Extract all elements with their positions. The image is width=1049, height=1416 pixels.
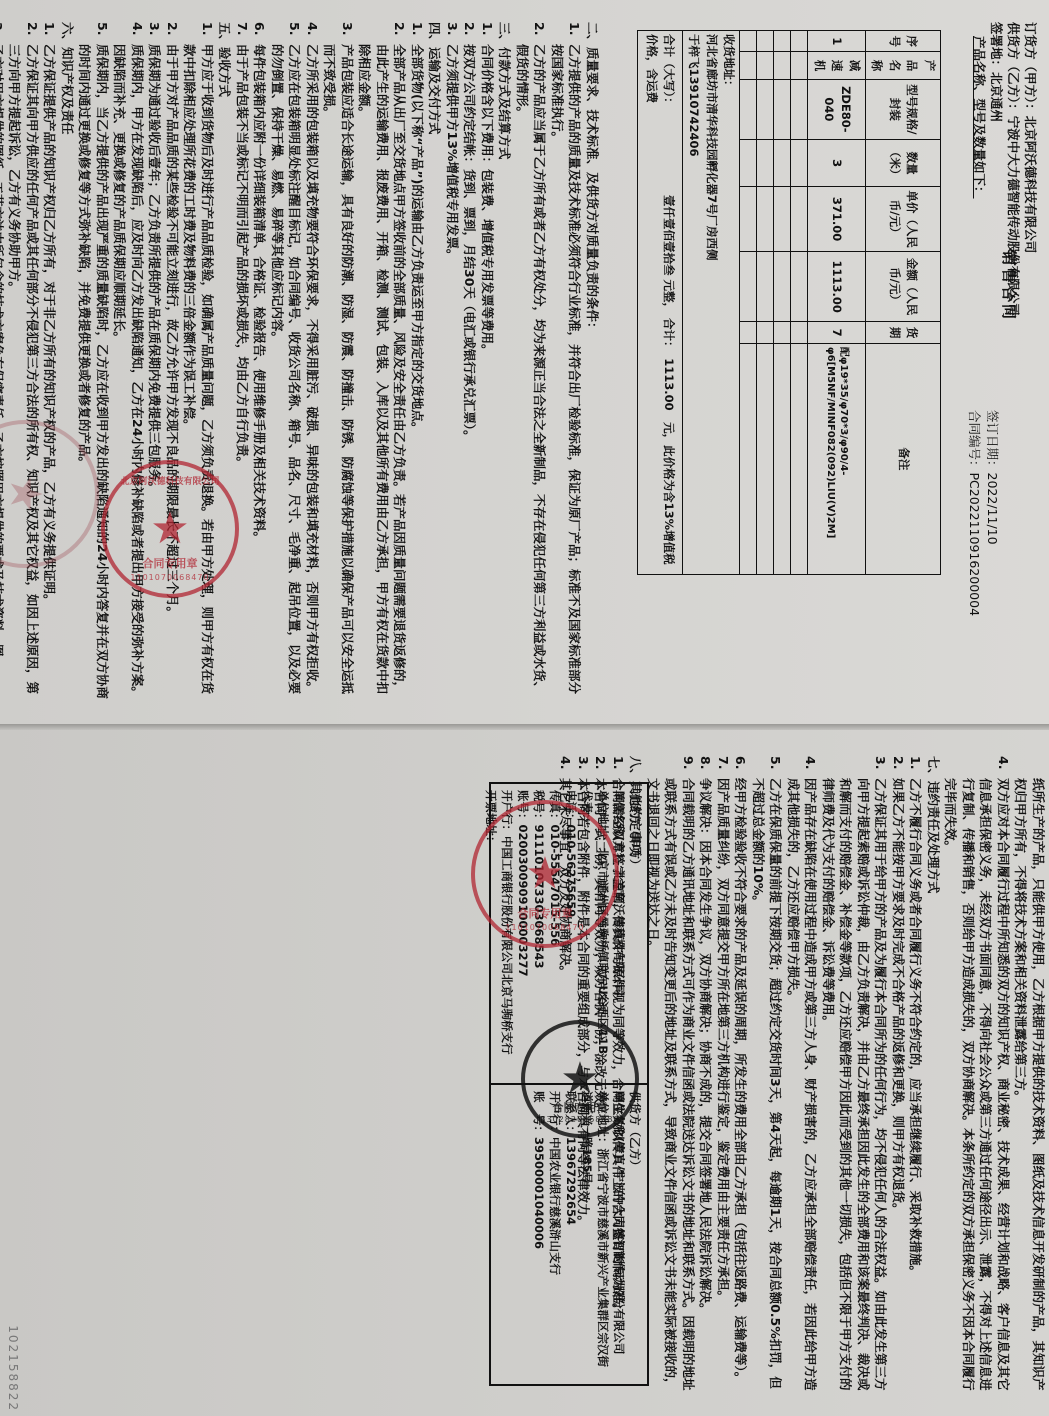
buyer-sig-title: 订货方（甲方）: [627, 790, 643, 1077]
clause-text: 乙方的产品应当属于乙方所有或者乙方有权处分，均为来源正当合法之全新制品，不存在侵…: [514, 44, 549, 702]
delivery-address-label: 收货地址：: [720, 34, 738, 571]
sign-date-label: 签订日期：: [985, 410, 1000, 473]
clause-item: 7.因产品质量纠纷，双方同意提交甲方所在地第三方机构进行鉴定，鉴定费用由主要责任…: [715, 756, 733, 1396]
clause-item: 4.双方应对本合同履行过程中所知悉的双方的知识产权、商业秘密、技术成果、经营计划…: [942, 756, 1012, 1396]
document-title: 销售合同: [1000, 250, 1018, 322]
contract-page-2: 纸所生产的产品，只能供甲方使用，乙方根据甲方提供的技术资料、图纸及技术信息开发研…: [0, 730, 1049, 1416]
edge-mark: 102158822: [4, 1325, 22, 1412]
clause-item: 2.乙方的产品应当属于乙方所有或者乙方有权处分，均为来源正当合法之全新制品，不存…: [514, 22, 549, 702]
rotated-document: 订货方（甲方）：北京阿沃德科技有限公司 供货方（乙方）：宁波中大力德智能传动股份…: [0, 0, 1049, 1416]
column-header: 货期: [866, 322, 941, 343]
clause-text: 乙方在保质保量的前提下按期交货；超过约定交货时间3天，第4天起，每逾期1天，按合…: [750, 778, 785, 1396]
clause-number: 4.: [785, 756, 820, 778]
clause-item: 5.质保期内，当乙方提供的产品出现严重的质量缺陷时，乙方应在收到甲方发出的缺陷通…: [76, 22, 111, 702]
clause-number: 7.: [715, 756, 733, 778]
table-cell: [791, 251, 808, 322]
clause-text: 质保期内，当乙方提供的产品出现严重的质量缺陷时，乙方应在收到甲方发出的缺陷通知的…: [76, 44, 111, 702]
clause-number: 1.: [549, 22, 584, 44]
delivery-address: 河北省廊坊市清华科技园孵化器7号厂房西侧: [703, 34, 721, 571]
table-cell: [757, 322, 774, 343]
clause-item: 6.经甲方检验验收不符合要求的产品及延误的周期，所发生的费用全部由乙方承担（包括…: [732, 756, 750, 1396]
table-cell: [774, 79, 791, 139]
clause-text: 按双方公司约定结帐：货到、票到，月结30天（电汇或银行承兑汇票）。: [461, 44, 479, 702]
table-cell: [740, 251, 757, 322]
star-icon: ★: [16, 474, 34, 513]
clause-item: 纸所生产的产品，只能供甲方使用，乙方根据甲方提供的技术资料、图纸及技术信息开发研…: [1012, 756, 1047, 1396]
table-cell: [757, 79, 774, 139]
clause-item: 4.因产品存在缺陷在使用过程中造成甲方或第三方人身、财产损害的，乙方应承担全部赔…: [785, 756, 820, 1396]
clause-number: 9.: [645, 756, 698, 778]
stamp-number: 1101070068470: [130, 569, 209, 587]
clause-number: 6.: [251, 22, 269, 44]
clause-item: 2.由于甲方对产品品质的某些检验不可能立刻进行，故乙方允许甲方发现不良品的期限最…: [164, 22, 182, 702]
column-header: 单价（人民币/元）: [866, 187, 941, 252]
clause-number: 1.: [41, 22, 59, 44]
section-heading: 三、付款方式及结算方式: [496, 22, 514, 702]
clause-item: 7.由于产品包装不当或标记不明而引起产品的损坏或损失，均由乙方自行负责。: [234, 22, 252, 702]
total-cell: 合计（大写）： 壹仟壹佰壹拾叁 元整， 合计： 1113.00 元，此价格为含1…: [638, 31, 683, 575]
star-icon: ★: [560, 1070, 599, 1088]
clause-text: 争议解决：因本合同发生争议，双方协商解决；协商不成的，提交合同签署地人民法院诉讼…: [697, 778, 715, 1396]
clause-text: 合同价格含以下费用：包装费、增值税专用发票等费用。: [479, 44, 497, 702]
table-cell: [740, 139, 757, 186]
clause-text: 产品包装应适合长途运输，具有良好的防潮、防湿、防震、防撞击、防锈、防腐蚀等保护措…: [321, 44, 356, 702]
buyer-contract-stamp: ★ 北京阿沃德科技有限公司 合同专用章 1101070068470: [101, 460, 239, 598]
clause-number: 1.: [409, 22, 427, 44]
clause-item: 1.乙方不履行合同义务或者合同履行义务不符合约定的，应当承担继续履行、采取补救措…: [907, 756, 925, 1396]
table-cell: [774, 52, 791, 79]
table-cell: [791, 52, 808, 79]
clause-item: 3.乙方须提供甲方13%增值税专用发票。: [444, 22, 462, 702]
clause-text: 乙方所采用的包装箱以及填充物要符合环保要求，不得采用脏污、破损、异味的包装和填充…: [304, 44, 322, 702]
delivery-row: 收货地址：河北省廊坊市清华科技园孵化器7号厂房西侧于梓飞13910742406: [683, 31, 741, 575]
section-heading: 七、违约责任及处理方式: [925, 756, 943, 1396]
table-cell: [757, 187, 774, 252]
clause-text: 乙方对甲方提供的图纸、工艺方法中所包含的技术方案负有保密责任，乙方按照甲方提供的…: [0, 44, 6, 702]
clause-item: 2.全部产品从出厂至交货地点甲方签收前的全部质量、风险及安全责任由乙方负责。若产…: [356, 22, 409, 702]
clause-text: 乙方保证提供产品的知识产权归乙方所有，对于非乙方所有的知识产权的产品，乙方有义务…: [41, 44, 59, 702]
table-cell: [774, 187, 791, 252]
clause-number: 4.: [942, 756, 1012, 778]
table-cell: [757, 52, 774, 79]
table-cell: [740, 187, 757, 252]
clause-number: 3.: [0, 22, 6, 44]
clause-number: 7.: [234, 22, 252, 44]
remark-cell: 配φ19*35/φ70*3/φ90/4-φ6[M5NF/MINF082(092)…: [808, 343, 866, 574]
clause-number: 4.: [304, 22, 322, 44]
table-cell: [740, 343, 757, 574]
clause-number: 1.: [181, 22, 216, 44]
table-cell: [740, 79, 757, 139]
table-cell: ZDE80-040: [808, 79, 866, 139]
clause-item: 5.乙方在保质保量的前提下按期交货；超过约定交货时间3天，第4天起，每逾期1天，…: [750, 756, 785, 1396]
table-cell: [791, 343, 808, 574]
clause-item: 1.乙方保证提供产品的知识产权归乙方所有，对于非乙方所有的知识产权的产品，乙方有…: [41, 22, 59, 702]
column-header: 产品名称: [866, 52, 941, 79]
clause-item: 3.乙方对甲方提供的图纸、工艺方法中所包含的技术方案负有保密责任，乙方按照甲方提…: [0, 22, 6, 702]
clause-number: 3.: [444, 22, 462, 44]
clause-number: 8.: [697, 756, 715, 778]
clause-text: 甲方应于收到货物后及时进行产品品质检验，如确属产品质量问题，乙方须负责退换。若由…: [181, 44, 216, 702]
clause-number: 1.: [479, 22, 497, 44]
clause-number: 2.: [592, 756, 610, 778]
empty-row: [774, 31, 791, 575]
table-row: 1减速机ZDE80-0403371.001113.007配φ19*35/φ70*…: [808, 31, 866, 575]
clause-item: 1.合同价格含以下费用：包装费、增值税专用发票等费用。: [479, 22, 497, 702]
product-table: 序号产品名称型号规格/封装数量（米）单价（人民币/元）金额（人民币/元）货期备注…: [637, 30, 941, 575]
clause-item: 2.乙方保证其向甲方供应的任何产品或其任何部分不侵犯第三方合法的所有权、知识产权…: [6, 22, 41, 702]
clause-number: 5.: [269, 22, 304, 44]
seller-sig-line: 单位名称(章)：宁波中大力德智能传动股份有限公司: [611, 1091, 627, 1378]
clause-number: 1.: [907, 756, 925, 778]
clauses-page-1: 二、质量要求、技术标准、及供货方对质量负责的条件：1.乙方提供的产品的质量及技术…: [0, 22, 601, 702]
empty-row: [757, 31, 774, 575]
column-header: 型号规格/封装: [866, 79, 941, 139]
clause-text: 乙方保证其用于给甲方的产品及为履行本合同所为的任何行为，均不侵犯任何人的合法权益…: [820, 778, 890, 1396]
section-heading: 六、知识产权及责任: [59, 22, 77, 702]
table-cell: [774, 139, 791, 186]
table-cell: [740, 322, 757, 343]
empty-row: [740, 31, 757, 575]
total-row: 合计（大写）： 壹仟壹佰壹拾叁 元整， 合计： 1113.00 元，此价格为含1…: [638, 31, 683, 575]
contract-meta: 签订日期：2022/11/10 合同编号：PC2022110916200004: [965, 410, 1001, 616]
clause-text: 合同载明的乙方通讯地址和联系方式可作为商业文件信函或法院送达诉讼文书的地址和联系…: [645, 778, 698, 1396]
table-cell: [791, 139, 808, 186]
table-cell: 1: [808, 31, 866, 52]
seller-sig-title: 供货方（乙方）: [627, 1091, 643, 1378]
clause-number: 1.: [610, 756, 628, 778]
table-cell: 7: [808, 322, 866, 343]
clause-item: 9.合同载明的乙方通讯地址和联系方式可作为商业文件信函或法院送达诉讼文书的地址和…: [645, 756, 698, 1396]
clause-number: 4.: [111, 22, 146, 44]
column-header: 备注: [866, 343, 941, 574]
product-intro: 产品名称、型号及数量如下：: [971, 22, 988, 316]
section-heading: 二、质量要求、技术标准、及供货方对质量负责的条件：: [584, 22, 602, 702]
clause-number: 3.: [820, 756, 890, 778]
table-header-row: 序号产品名称型号规格/封装数量（米）单价（人民币/元）金额（人民币/元）货期备注: [866, 31, 941, 575]
clause-text: 乙方应在包装箱明显处标注醒目标记，如合同编号、收货公司名称、箱号、品名、尺寸、毛…: [269, 44, 304, 702]
buyer-contract-stamp-2: ★ 合同专用章 1101070068470: [471, 800, 619, 948]
clause-text: 由于甲方对产品品质的某些检验不可能立刻进行，故乙方允许甲方发现不良品的期限最长不…: [164, 44, 182, 702]
table-cell: [740, 31, 757, 52]
section-heading: 四、运输及交付方式: [426, 22, 444, 702]
table-cell: [757, 31, 774, 52]
table-cell: [791, 322, 808, 343]
clause-item: 4.质保期内，甲方在发现缺陷后，应及时向乙方发出缺陷通知，乙方在24小时内修补缺…: [111, 22, 146, 702]
clause-number: 6.: [732, 756, 750, 778]
clause-text: 乙方须提供甲方13%增值税专用发票。: [444, 44, 462, 702]
delivery-contact: 于梓飞13910742406: [685, 34, 703, 571]
clause-number: [1012, 756, 1047, 778]
table-cell: [774, 343, 791, 574]
clause-text: 全部货物(以下称“产品”)的运输由乙方负责运至甲方指定的交货地点。: [409, 44, 427, 702]
clause-number: 3.: [575, 756, 593, 778]
contract-no: PC2022110916200004: [967, 473, 982, 617]
clause-text: 因产品存在缺陷在使用过程中造成甲方或第三方人身、财产损害的，乙方应承担全部赔偿责…: [785, 778, 820, 1396]
clause-number: 5.: [750, 756, 785, 778]
table-cell: [757, 343, 774, 574]
clause-item: 6.每件包装箱内应附一份详细装箱清单、合格证、检验报告、使用维修手册及相关技术资…: [251, 22, 269, 702]
table-cell: 3: [808, 139, 866, 186]
star-icon: ★: [525, 865, 564, 883]
column-header: 序号: [866, 31, 941, 52]
section-heading: 五、验收方式: [216, 22, 234, 702]
delivery-address-cell: 收货地址：河北省廊坊市清华科技园孵化器7号厂房西侧于梓飞13910742406: [683, 31, 741, 575]
table-cell: [757, 251, 774, 322]
stamp-number: 3302820068888: [540, 1111, 619, 1129]
clause-text: 质保期内，甲方在发现缺陷后，应及时向乙方发出缺陷通知，乙方在24小时内修补缺陷或…: [111, 44, 146, 702]
clause-number: 2.: [356, 22, 409, 44]
clause-item: 8.争议解决：因本合同发生争议，双方协商解决；协商不成的，提交合同签署地人民法院…: [697, 756, 715, 1396]
buyer-line: 订货方（甲方）：北京阿沃德科技有限公司: [1022, 22, 1039, 316]
clause-text: 如果乙方不能按甲方要求及时完成不合格产品的返修和更换，则甲方有权退货。: [890, 778, 908, 1396]
clause-item: 1.甲方应于收到货物后及时进行产品品质检验，如确属产品质量问题，乙方须负责退换。…: [181, 22, 216, 702]
table-cell: [740, 52, 757, 79]
clause-item: 1.全部货物(以下称“产品”)的运输由乙方负责运至甲方指定的交货地点。: [409, 22, 427, 702]
clause-item: 5.乙方应在包装箱明显处标注醒目标记，如合同编号、收货公司名称、箱号、品名、尺寸…: [269, 22, 304, 702]
clause-text: 乙方提供的产品的质量及技术标准必须符合行业标准，并符合出厂检验标准，保证为原厂产…: [549, 44, 584, 702]
clause-number: 3.: [321, 22, 356, 44]
table-cell: [791, 31, 808, 52]
clause-text: 每件包装箱内应附一份详细装箱清单、合格证、检验报告、使用维修手册及相关技术资料。: [251, 44, 269, 702]
clause-text: 乙方保证其向甲方供应的任何产品或其任何部分不侵犯第三方合法的所有权、知识产权及其…: [6, 44, 41, 702]
clause-item: 4.乙方所采用的包装箱以及填充物要符合环保要求，不得采用脏污、破损、异味的包装和…: [304, 22, 322, 702]
table-cell: [757, 139, 774, 186]
clause-number: 2.: [164, 22, 182, 44]
clause-number: 2.: [6, 22, 41, 44]
clause-item: 2.按双方公司约定结帐：货到、票到，月结30天（电汇或银行承兑汇票）。: [461, 22, 479, 702]
table-cell: [791, 79, 808, 139]
table-cell: [774, 322, 791, 343]
clause-number: 5.: [76, 22, 111, 44]
stamp-arc-text: 北京阿沃德科技有限公司: [120, 474, 219, 492]
table-cell: [791, 187, 808, 252]
empty-row: [791, 31, 808, 575]
clause-item: 3.质保期为通过验收后壹年；乙方负责所提供的产品在质保期内免费提供三包服务。: [146, 22, 164, 702]
table-cell: 371.00: [808, 187, 866, 252]
table-cell: 1113.00: [808, 251, 866, 322]
table-cell: [774, 31, 791, 52]
seller-sig-line: 账 号：39500001040006: [531, 1091, 547, 1378]
contract-no-label: 合同编号：: [967, 410, 982, 473]
star-icon: ★: [150, 520, 189, 538]
contract-page-1: 订货方（甲方）：北京阿沃德科技有限公司 供货方（乙方）：宁波中大力德智能传动股份…: [0, 0, 1049, 730]
column-header: 金额（人民币/元）: [866, 251, 941, 322]
clause-text: 全部产品从出厂至交货地点甲方签收前的全部质量、风险及安全责任由乙方负责。若产品因…: [356, 44, 409, 702]
stamp-number: 1101070068470: [505, 919, 584, 937]
clause-text: 质保期为通过验收后壹年；乙方负责所提供的产品在质保期内免费提供三包服务。: [146, 44, 164, 702]
clause-number: 4.: [557, 756, 575, 778]
clause-text: 乙方不履行合同义务或者合同履行义务不符合约定的，应当承担继续履行、采取补救措施。: [907, 778, 925, 1396]
clause-number: 2.: [514, 22, 549, 44]
clause-text: 双方应对本合同履行过程中所知悉的双方的知识产权、商业秘密、技术成果、经营计划和战…: [942, 778, 1012, 1396]
clause-item: 3.产品包装应适合长途运输，具有良好的防潮、防湿、防震、防撞击、防锈、防腐蚀等保…: [321, 22, 356, 702]
table-cell: 减速机: [808, 52, 866, 79]
clause-item: 2.如果乙方不能按甲方要求及时完成不合格产品的返修和更换，则甲方有权退货。: [890, 756, 908, 1396]
clause-text: 由于产品包装不当或标记不明而引起产品的损坏或损失，均由乙方自行负责。: [234, 44, 252, 702]
column-header: 数量（米）: [866, 139, 941, 186]
seller-contract-stamp: ★ 合同专用章 3302820068888: [521, 1020, 639, 1138]
clause-number: 2.: [890, 756, 908, 778]
clause-item: 1.乙方提供的产品的质量及技术标准必须符合行业标准，并符合出厂检验标准，保证为原…: [549, 22, 584, 702]
clause-item: 3.乙方保证其用于给甲方的产品及为履行本合同所为的任何行为，均不侵犯任何人的合法…: [820, 756, 890, 1396]
clause-text: 经甲方检验验收不符合要求的产品及延误的周期，所发生的费用全部由乙方承担（包括往返…: [732, 778, 750, 1396]
sign-date: 2022/11/10: [985, 473, 1000, 545]
table-cell: [774, 251, 791, 322]
clause-number: 2.: [461, 22, 479, 44]
clause-text: 纸所生产的产品，只能供甲方使用，乙方根据甲方提供的技术资料、图纸及技术信息开发研…: [1012, 778, 1047, 1396]
clause-text: 因产品质量纠纷，双方同意提交甲方所在地第三方机构进行鉴定，鉴定费用由主要责任方承…: [715, 778, 733, 1396]
clause-number: 3.: [146, 22, 164, 44]
